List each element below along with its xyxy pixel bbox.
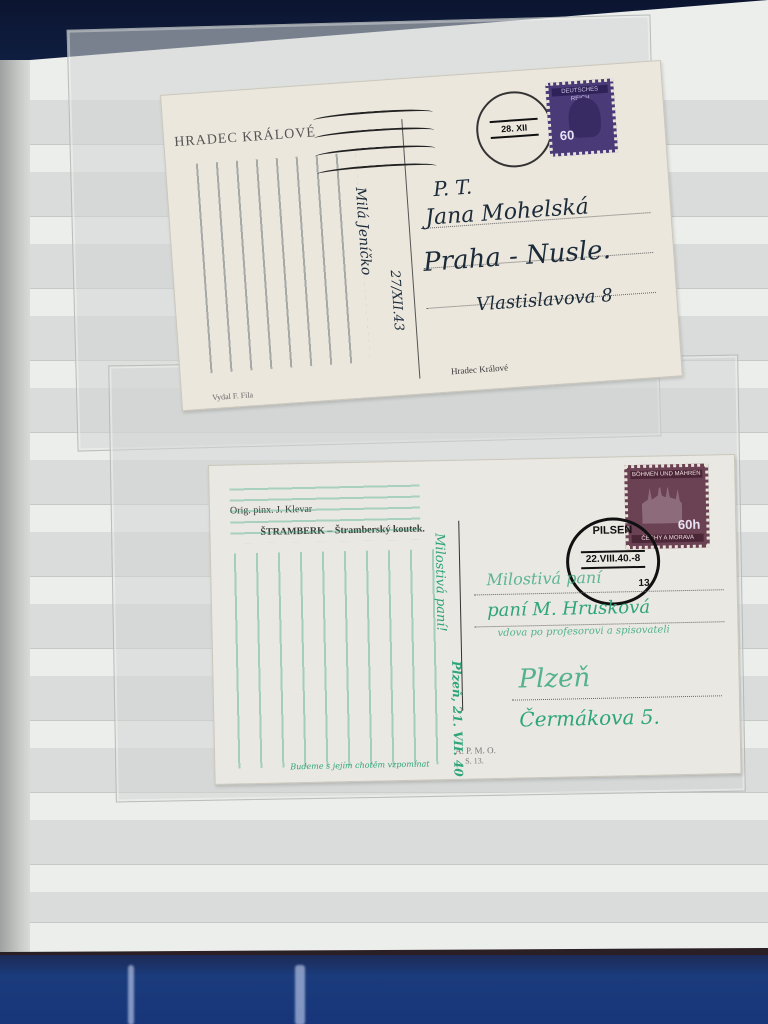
address-line-4: Plzeň	[518, 663, 590, 694]
stamp-country: BÖHMEN UND MÄHREN	[630, 470, 702, 480]
message-greeting: Milostivá paní!	[431, 533, 448, 632]
cover-highlight	[128, 965, 134, 1024]
postmark-code: 13	[638, 578, 649, 589]
album-spine	[0, 60, 34, 960]
postmark-city: PILSEN	[568, 524, 656, 538]
cover-highlight	[295, 965, 305, 1024]
handwritten-header-scribble	[229, 484, 420, 544]
address-line-3: Praha - Nusle.	[422, 235, 611, 278]
album-cover-bottom	[0, 955, 768, 1024]
cancellation-wave	[313, 107, 433, 125]
printed-header: HRADEC KRÁLOVÉ	[174, 125, 317, 151]
address-line-3: vdova po profesorovi a spisovateli	[497, 624, 669, 639]
album-strip	[30, 892, 768, 923]
printed-number: S. 13.	[465, 756, 484, 765]
publisher-line: Vydal F. Fila	[212, 390, 253, 402]
card-divider	[401, 119, 420, 378]
handwritten-message	[186, 153, 370, 374]
cancellation-wave	[314, 125, 434, 143]
address-line-2: paní M. Hrusková	[487, 597, 650, 621]
handwritten-message	[221, 549, 450, 769]
stamp-country: DEUTSCHES REICH	[552, 85, 608, 97]
stamp-value: 60h	[678, 517, 701, 532]
message-footer: Budeme s jejím chotěm vzpomínat	[290, 759, 429, 771]
stamp-value: 60	[559, 127, 574, 143]
postmark-date: 22.VIII.40.-8	[581, 550, 645, 569]
address-rule	[512, 695, 722, 700]
address-line-1: P. T.	[432, 174, 472, 201]
address-line-1: Milostivá paní	[486, 568, 601, 589]
printed-caption: Hradec Králové	[451, 362, 509, 376]
postcard-hradec-kralove[interactable]: HRADEC KRÁLOVÉ Hradec Králové Vydal F. F…	[160, 60, 683, 411]
postage-stamp-60: DEUTSCHES REICH 60	[545, 78, 618, 157]
address-line-5: Čermákova 5.	[519, 705, 660, 732]
postmark-date: 28. XII	[490, 118, 539, 139]
message-date: Plzeň, 21. VII. 40	[449, 661, 465, 777]
album-strip	[30, 820, 768, 865]
message-date: 27/XII.43	[387, 270, 406, 332]
postmark-circle: 28. XII	[474, 89, 555, 170]
postcard-stramberk[interactable]: Orig. pinx. J. Klevar ŠTRAMBERK – Štramb…	[208, 454, 742, 785]
cathedral-icon	[641, 483, 682, 524]
address-line-4: Vlastislavova 8	[476, 285, 614, 315]
